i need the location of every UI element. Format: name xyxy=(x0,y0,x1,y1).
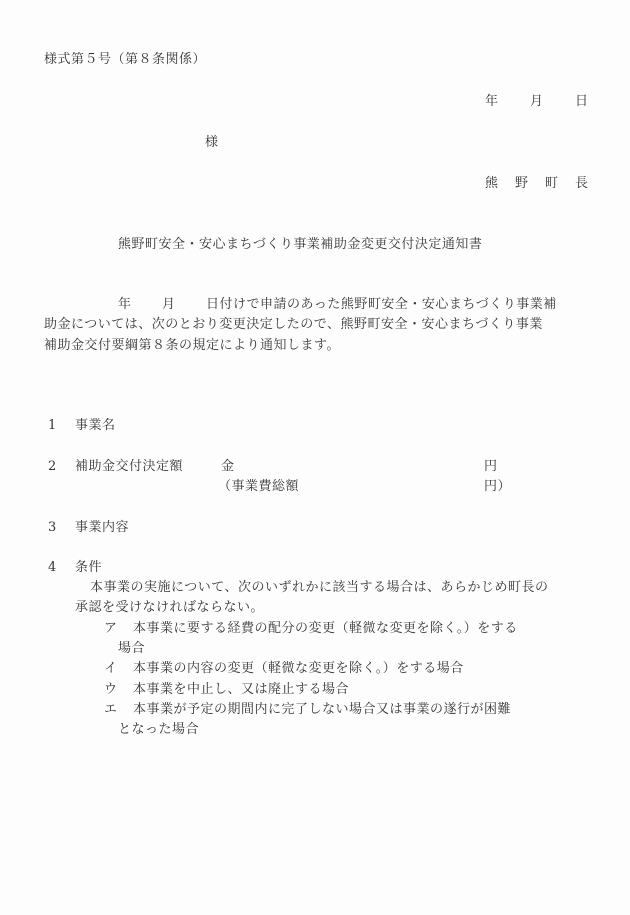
body-line3: 補助金交付要綱第８条の規定により通知します。 xyxy=(44,338,340,354)
item-1-number: 1 xyxy=(48,418,57,434)
item-2-label: 補助金交付決定額 xyxy=(75,459,183,475)
item-2-number: 2 xyxy=(48,459,57,475)
body-month-label: 月 xyxy=(162,297,176,313)
item-4-number: 4 xyxy=(48,560,57,576)
item-4-label: 条件 xyxy=(75,560,102,576)
issuer-char-2: 野 xyxy=(515,176,529,192)
body-line1: 日付けで申請のあった熊野町安全・安心まちづくり事業補 xyxy=(206,297,557,313)
condition-e-line1: 本事業が予定の期間内に完了しない場合又は事業の遂行が困難 xyxy=(133,702,511,718)
item-3-number: 3 xyxy=(48,520,57,536)
item-3-label: 事業内容 xyxy=(75,520,129,536)
issuer-char-3: 町 xyxy=(545,176,559,192)
condition-a-marker: ア xyxy=(104,621,118,637)
amount-unit: 円 xyxy=(484,459,498,475)
conditions-intro-line2: 承認を受けなければならない。 xyxy=(75,600,264,616)
date-year-label: 年 xyxy=(485,94,499,110)
issuer-char-4: 長 xyxy=(575,176,589,192)
condition-u-marker: ウ xyxy=(104,682,118,698)
condition-a-line1: 本事業に要する経費の配分の変更（軽微な変更を除く。）をする xyxy=(133,621,518,637)
amount-prefix: 金 xyxy=(221,459,235,475)
condition-e-marker: エ xyxy=(104,702,118,718)
item-1-label: 事業名 xyxy=(75,418,116,434)
body-year-label: 年 xyxy=(118,297,132,313)
document-title: 熊野町安全・安心まちづくり事業補助金変更交付決定通知書 xyxy=(118,237,482,253)
conditions-intro-line1: 本事業の実施について、次のいずれかに該当する場合は、あらかじめ町長の xyxy=(90,580,548,596)
addressee-suffix: 様 xyxy=(205,135,219,151)
form-number: 様式第５号（第８条関係） xyxy=(44,52,206,68)
issuer-char-1: 熊 xyxy=(485,176,499,192)
total-cost-prefix: （事業費総額 xyxy=(218,479,299,495)
date-day-label: 日 xyxy=(575,94,589,110)
condition-e-line2: となった場合 xyxy=(118,722,199,738)
total-cost-unit: 円） xyxy=(484,479,511,495)
condition-u-line1: 本事業を中止し、又は廃止する場合 xyxy=(133,682,349,698)
date-month-label: 月 xyxy=(530,94,544,110)
condition-i-marker: イ xyxy=(104,661,118,677)
condition-a-line2: 場合 xyxy=(118,641,145,657)
condition-i-line1: 本事業の内容の変更（軽微な変更を除く。）をする場合 xyxy=(133,661,464,677)
body-line2: 助金については、次のとおり変更決定したので、熊野町安全・安心まちづくり事業 xyxy=(44,317,543,333)
